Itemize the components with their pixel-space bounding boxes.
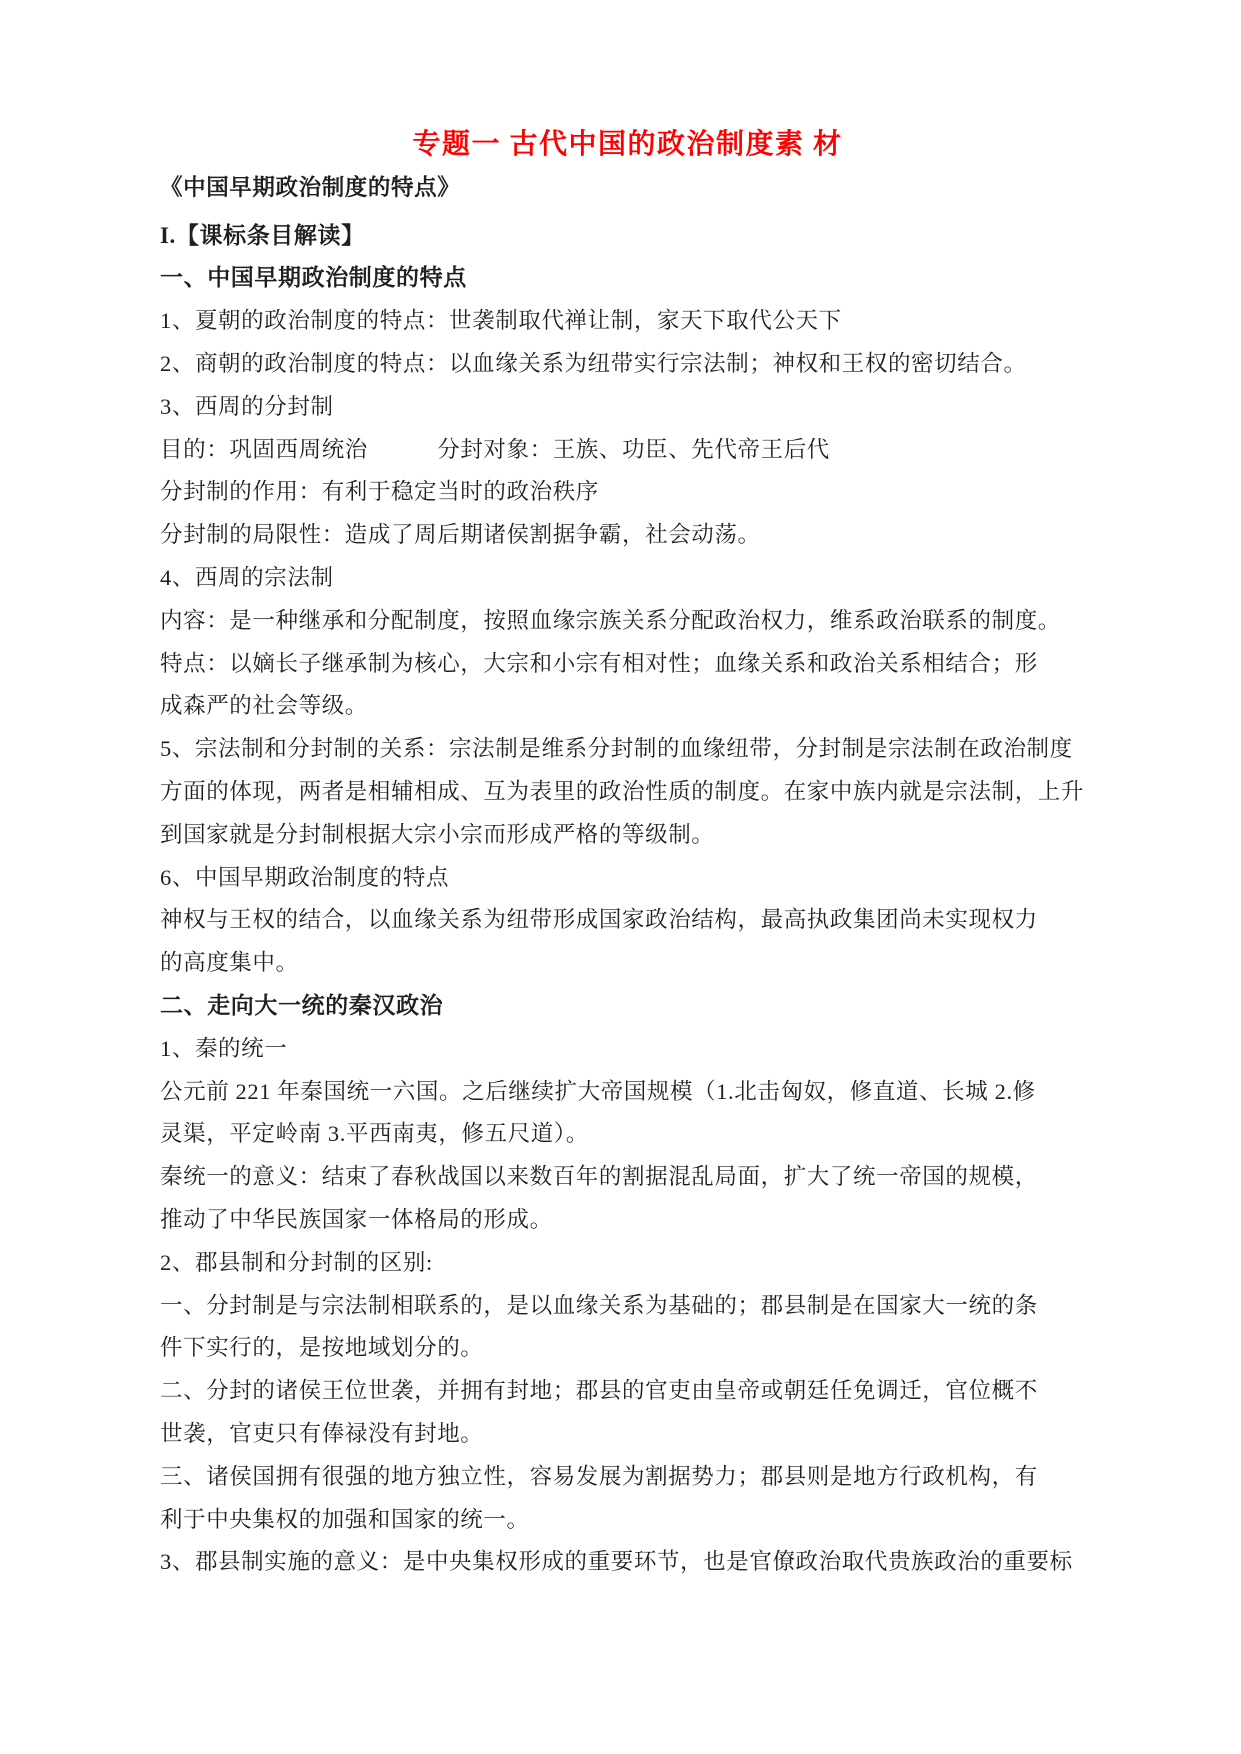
- paragraph-line: 的高度集中。: [160, 942, 1095, 985]
- document-title: 专题一 古代中国的政治制度素 材: [160, 124, 1095, 167]
- paragraph-line: 利于中央集权的加强和国家的统一。: [160, 1499, 1095, 1542]
- paragraph-line: 秦统一的意义：结束了春秋战国以来数百年的割据混乱局面，扩大了统一帝国的规模，: [160, 1156, 1095, 1199]
- section-heading: I.【课标条目解读】: [160, 215, 1095, 258]
- paragraph-line: 世袭，官吏只有俸禄没有封地。: [160, 1413, 1095, 1456]
- paragraph-line: 特点：以嫡长子继承制为核心，大宗和小宗有相对性；血缘关系和政治关系相结合；形: [160, 643, 1095, 686]
- document-subtitle: 《中国早期政治制度的特点》: [160, 167, 1095, 210]
- paragraph-line: 分封制的局限性：造成了周后期诸侯割据争霸，社会动荡。: [160, 514, 1095, 557]
- paragraph-line: 4、西周的宗法制: [160, 557, 1095, 600]
- paragraph-line: 灵渠，平定岭南 3.平西南夷，修五尺道）。: [160, 1113, 1095, 1156]
- paragraph-line: 到国家就是分封制根据大宗小宗而形成严格的等级制。: [160, 814, 1095, 857]
- paragraph-line: 5、宗法制和分封制的关系：宗法制是维系分封制的血缘纽带，分封制是宗法制在政治制度: [160, 728, 1095, 771]
- paragraph-line: 神权与王权的结合，以血缘关系为纽带形成国家政治结构，最高执政集团尚未实现权力: [160, 899, 1095, 942]
- paragraph-line: 2、郡县制和分封制的区别:: [160, 1242, 1095, 1285]
- paragraph-line: 分封制的作用：有利于稳定当时的政治秩序: [160, 471, 1095, 514]
- paragraph-line: 6、中国早期政治制度的特点: [160, 857, 1095, 900]
- paragraph-line: 3、西周的分封制: [160, 386, 1095, 429]
- document-page: 专题一 古代中国的政治制度素 材《中国早期政治制度的特点》I.【课标条目解读】一…: [0, 0, 1241, 1754]
- paragraph-line: 1、夏朝的政治制度的特点：世袭制取代禅让制，家天下取代公天下: [160, 300, 1095, 343]
- paragraph-line: 3、郡县制实施的意义：是中央集权形成的重要环节，也是官僚政治取代贵族政治的重要标: [160, 1541, 1095, 1584]
- paragraph-line: 方面的体现，两者是相辅相成、互为表里的政治性质的制度。在家中族内就是宗法制，上升: [160, 771, 1095, 814]
- section-heading: 一、中国早期政治制度的特点: [160, 257, 1095, 300]
- paragraph-line: 推动了中华民族国家一体格局的形成。: [160, 1199, 1095, 1242]
- paragraph-line: 内容：是一种继承和分配制度，按照血缘宗族关系分配政治权力，维系政治联系的制度。: [160, 600, 1095, 643]
- paragraph-line: 成森严的社会等级。: [160, 685, 1095, 728]
- paragraph-line: 目的：巩固西周统治 分封对象：王族、功臣、先代帝王后代: [160, 429, 1095, 472]
- paragraph-line: 公元前 221 年秦国统一六国。之后继续扩大帝国规模（1.北击匈奴，修直道、长城…: [160, 1071, 1095, 1114]
- section-heading: 二、走向大一统的秦汉政治: [160, 985, 1095, 1028]
- paragraph-line: 二、分封的诸侯王位世袭，并拥有封地；郡县的官吏由皇帝或朝廷任免调迁，官位概不: [160, 1370, 1095, 1413]
- paragraph-line: 三、诸侯国拥有很强的地方独立性，容易发展为割据势力；郡县则是地方行政机构，有: [160, 1456, 1095, 1499]
- paragraph-line: 1、秦的统一: [160, 1028, 1095, 1071]
- document-body: 专题一 古代中国的政治制度素 材《中国早期政治制度的特点》I.【课标条目解读】一…: [160, 124, 1095, 1584]
- paragraph-line: 2、商朝的政治制度的特点：以血缘关系为纽带实行宗法制；神权和王权的密切结合。: [160, 343, 1095, 386]
- paragraph-line: 一、分封制是与宗法制相联系的，是以血缘关系为基础的；郡县制是在国家大一统的条: [160, 1285, 1095, 1328]
- paragraph-line: 件下实行的，是按地域划分的。: [160, 1327, 1095, 1370]
